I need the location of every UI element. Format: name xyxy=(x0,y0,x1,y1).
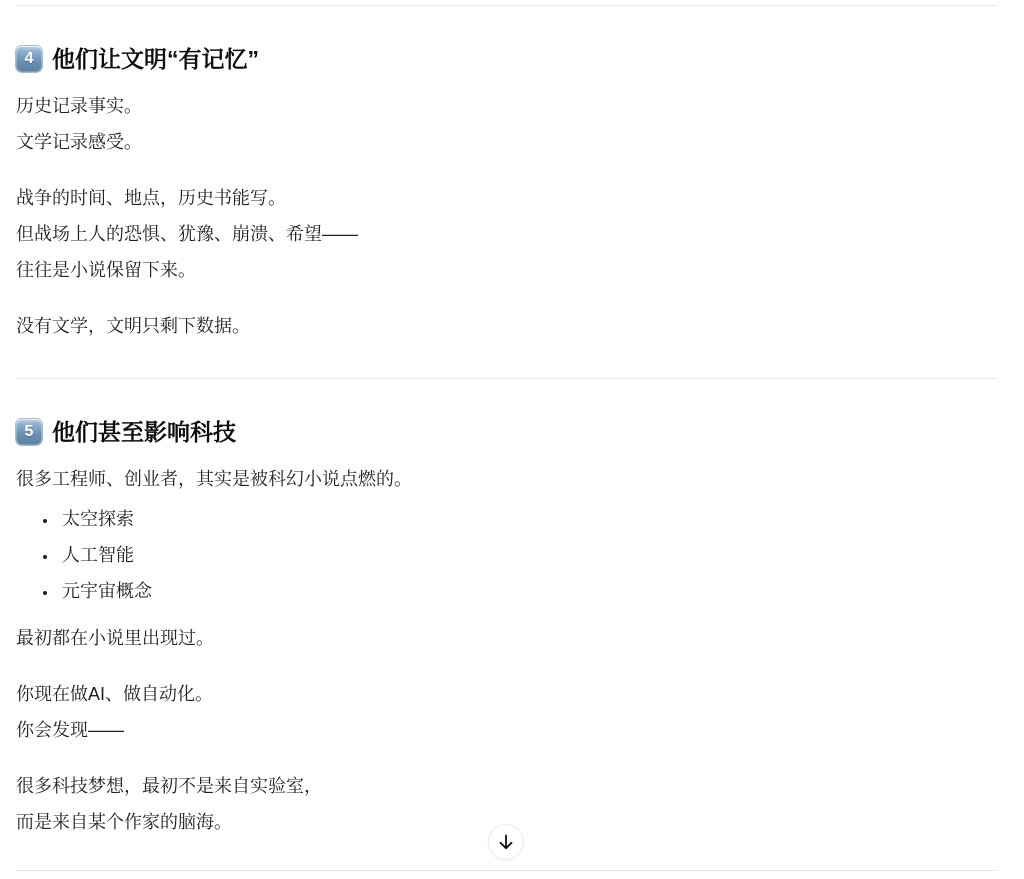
section-5: 5 他们甚至影响科技 很多工程师、创业者，其实是被科幻小说点燃的。 太空探索 人… xyxy=(16,417,997,840)
list-item: 人工智能 xyxy=(58,537,997,573)
arrow-down-icon xyxy=(496,832,516,852)
article-content: 4 他们让文明“有记忆” 历史记录事实。 文学记录感受。 战争的时间、地点，历史… xyxy=(0,5,1024,871)
scroll-to-bottom-button[interactable] xyxy=(488,824,524,860)
paragraph: 很多工程师、创业者，其实是被科幻小说点燃的。 xyxy=(16,461,997,497)
paragraph: 历史记录事实。 文学记录感受。 xyxy=(16,88,997,160)
list-item: 太空探索 xyxy=(58,501,997,537)
page: 4 他们让文明“有记忆” 历史记录事实。 文学记录感受。 战争的时间、地点，历史… xyxy=(0,5,1024,879)
section-divider xyxy=(16,870,997,871)
keycap-5-icon: 5 xyxy=(16,419,42,445)
paragraph-line: 但战场上人的恐惧、犹豫、崩溃、希望—— xyxy=(16,216,997,252)
paragraph-line: 你现在做AI、做自动化。 xyxy=(16,676,997,712)
bullet-list: 太空探索 人工智能 元宇宙概念 xyxy=(16,501,997,609)
section-divider xyxy=(16,378,997,379)
section-heading: 5 他们甚至影响科技 xyxy=(16,417,997,447)
section-heading: 4 他们让文明“有记忆” xyxy=(16,44,997,74)
paragraph-line: 战争的时间、地点，历史书能写。 xyxy=(16,180,997,216)
paragraph: 战争的时间、地点，历史书能写。 但战场上人的恐惧、犹豫、崩溃、希望—— 往往是小… xyxy=(16,180,997,288)
paragraph-line: 没有文学，文明只剩下数据。 xyxy=(16,308,997,344)
paragraph: 最初都在小说里出现过。 xyxy=(16,620,997,656)
paragraph: 没有文学，文明只剩下数据。 xyxy=(16,308,997,344)
keycap-4-icon: 4 xyxy=(16,46,42,72)
section-4: 4 他们让文明“有记忆” 历史记录事实。 文学记录感受。 战争的时间、地点，历史… xyxy=(16,44,997,344)
section-title: 他们甚至影响科技 xyxy=(52,417,236,447)
paragraph-line: 最初都在小说里出现过。 xyxy=(16,620,997,656)
paragraph-line: 历史记录事实。 xyxy=(16,88,997,124)
paragraph-line: 很多工程师、创业者，其实是被科幻小说点燃的。 xyxy=(16,461,997,497)
paragraph-line: 很多科技梦想，最初不是来自实验室， xyxy=(16,768,997,804)
section-divider xyxy=(16,5,997,6)
section-title: 他们让文明“有记忆” xyxy=(52,44,259,74)
paragraph-line: 文学记录感受。 xyxy=(16,124,997,160)
paragraph: 你现在做AI、做自动化。 你会发现—— xyxy=(16,676,997,748)
paragraph-line: 你会发现—— xyxy=(16,712,997,748)
paragraph-line: 往往是小说保留下来。 xyxy=(16,252,997,288)
list-item: 元宇宙概念 xyxy=(58,573,997,609)
